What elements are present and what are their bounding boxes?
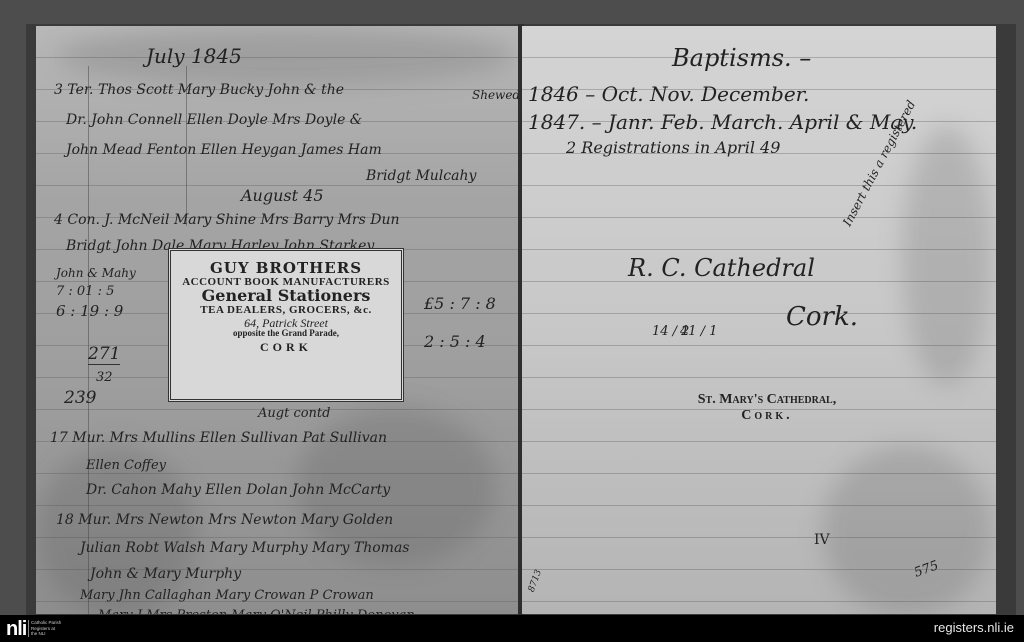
section-august: August 45 xyxy=(241,186,324,205)
entry-line: John Mead Fenton Ellen Heygan James Ham xyxy=(66,142,382,158)
label-line: GUY BROTHERS xyxy=(171,261,401,277)
margin-sum: 239 xyxy=(64,388,96,408)
right-sum: 2 : 5 : 4 xyxy=(424,332,486,351)
margin-sum: 32 xyxy=(96,370,113,385)
bottom-mark: IV xyxy=(814,532,830,548)
parish-name: R. C. Cathedral xyxy=(628,254,815,282)
label-line: TEA DEALERS, GROCERS, &c. xyxy=(171,305,401,317)
margin-sum: John & Mahy xyxy=(56,266,136,280)
entry-line: 17 Mur. Mrs Mullins Ellen Sullivan Pat S… xyxy=(50,430,387,446)
entry-line: Mary J Mrs Preston Mary O'Neil Philly Do… xyxy=(98,608,415,614)
cathedral-stamp: St. Mary's Cathedral, Cork. xyxy=(672,392,862,424)
entry-line: 3 Ter. Thos Scott Mary Bucky John & the xyxy=(54,82,344,98)
viewer-footer: nli Catholic Parish Registers at the NLI… xyxy=(0,615,1024,642)
register-scan-image: July 1845 3 Ter. Thos Scott Mary Bucky J… xyxy=(0,0,1024,615)
entry-line: Julian Robt Walsh Mary Murphy Mary Thoma… xyxy=(80,540,410,556)
entry-line: Dr. Cahon Mahy Ellen Dolan John McCarty xyxy=(86,482,390,498)
nli-logo[interactable]: nli xyxy=(6,619,26,639)
label-line: opposite the Grand Parade, xyxy=(171,329,401,338)
date-range-1847: 1847. – Janr. Feb. March. April & May. xyxy=(528,110,917,134)
logo-caption-line: the NLI xyxy=(31,631,61,637)
continued-note: Augt contd xyxy=(258,406,330,421)
entry-line: Bridgt Mulcahy xyxy=(366,168,476,184)
fraction-right: 41 / 1 xyxy=(680,324,717,339)
logo-caption-line: Catholic Parish xyxy=(31,620,61,626)
entry-line: Dr. John Connell Ellen Doyle Mrs Doyle & xyxy=(66,112,362,128)
entry-line: Ellen Coffey xyxy=(86,458,166,473)
right-sum: £5 : 7 : 8 xyxy=(424,294,496,313)
city-name: Cork. xyxy=(786,302,858,332)
label-line: General Stationers xyxy=(171,288,401,305)
left-page: July 1845 3 Ter. Thos Scott Mary Bucky J… xyxy=(36,26,520,614)
heading-month: July 1845 xyxy=(146,44,242,68)
label-line: CORK xyxy=(171,341,401,354)
entry-line: John & Mary Murphy xyxy=(90,566,241,582)
entry-line: 4 Con. J. McNeil Mary Shine Mrs Barry Mr… xyxy=(54,212,400,228)
guy-brothers-trade-label: GUY BROTHERS ACCOUNT BOOK MANUFACTURERS … xyxy=(168,248,404,402)
entry-note: Shewed xyxy=(472,88,520,102)
entry-line: Mary Jhn Callaghan Mary Crowan P Crowan xyxy=(80,588,374,603)
margin-sum: 271 xyxy=(88,344,120,365)
open-register-book: July 1845 3 Ter. Thos Scott Mary Bucky J… xyxy=(26,24,1016,616)
registrations-note: 2 Registrations in April 49 xyxy=(566,138,780,157)
site-url-link[interactable]: registers.nli.ie xyxy=(934,620,1014,635)
stamp-line: Cork. xyxy=(672,408,862,424)
margin-sum: 7 : 01 : 5 xyxy=(56,284,114,299)
logo-divider xyxy=(28,620,29,637)
stamp-line: St. Mary's Cathedral, xyxy=(672,392,862,408)
entry-line: 18 Mur. Mrs Newton Mrs Newton Mary Golde… xyxy=(56,512,393,528)
logo-caption: Catholic Parish Registers at the NLI xyxy=(31,620,61,637)
register-title: Baptisms. – xyxy=(672,44,811,72)
date-range-1846: 1846 – Oct. Nov. December. xyxy=(528,82,809,106)
right-page: Baptisms. – 1846 – Oct. Nov. December. 1… xyxy=(522,26,996,614)
margin-sum: 6 : 19 : 9 xyxy=(56,302,123,320)
